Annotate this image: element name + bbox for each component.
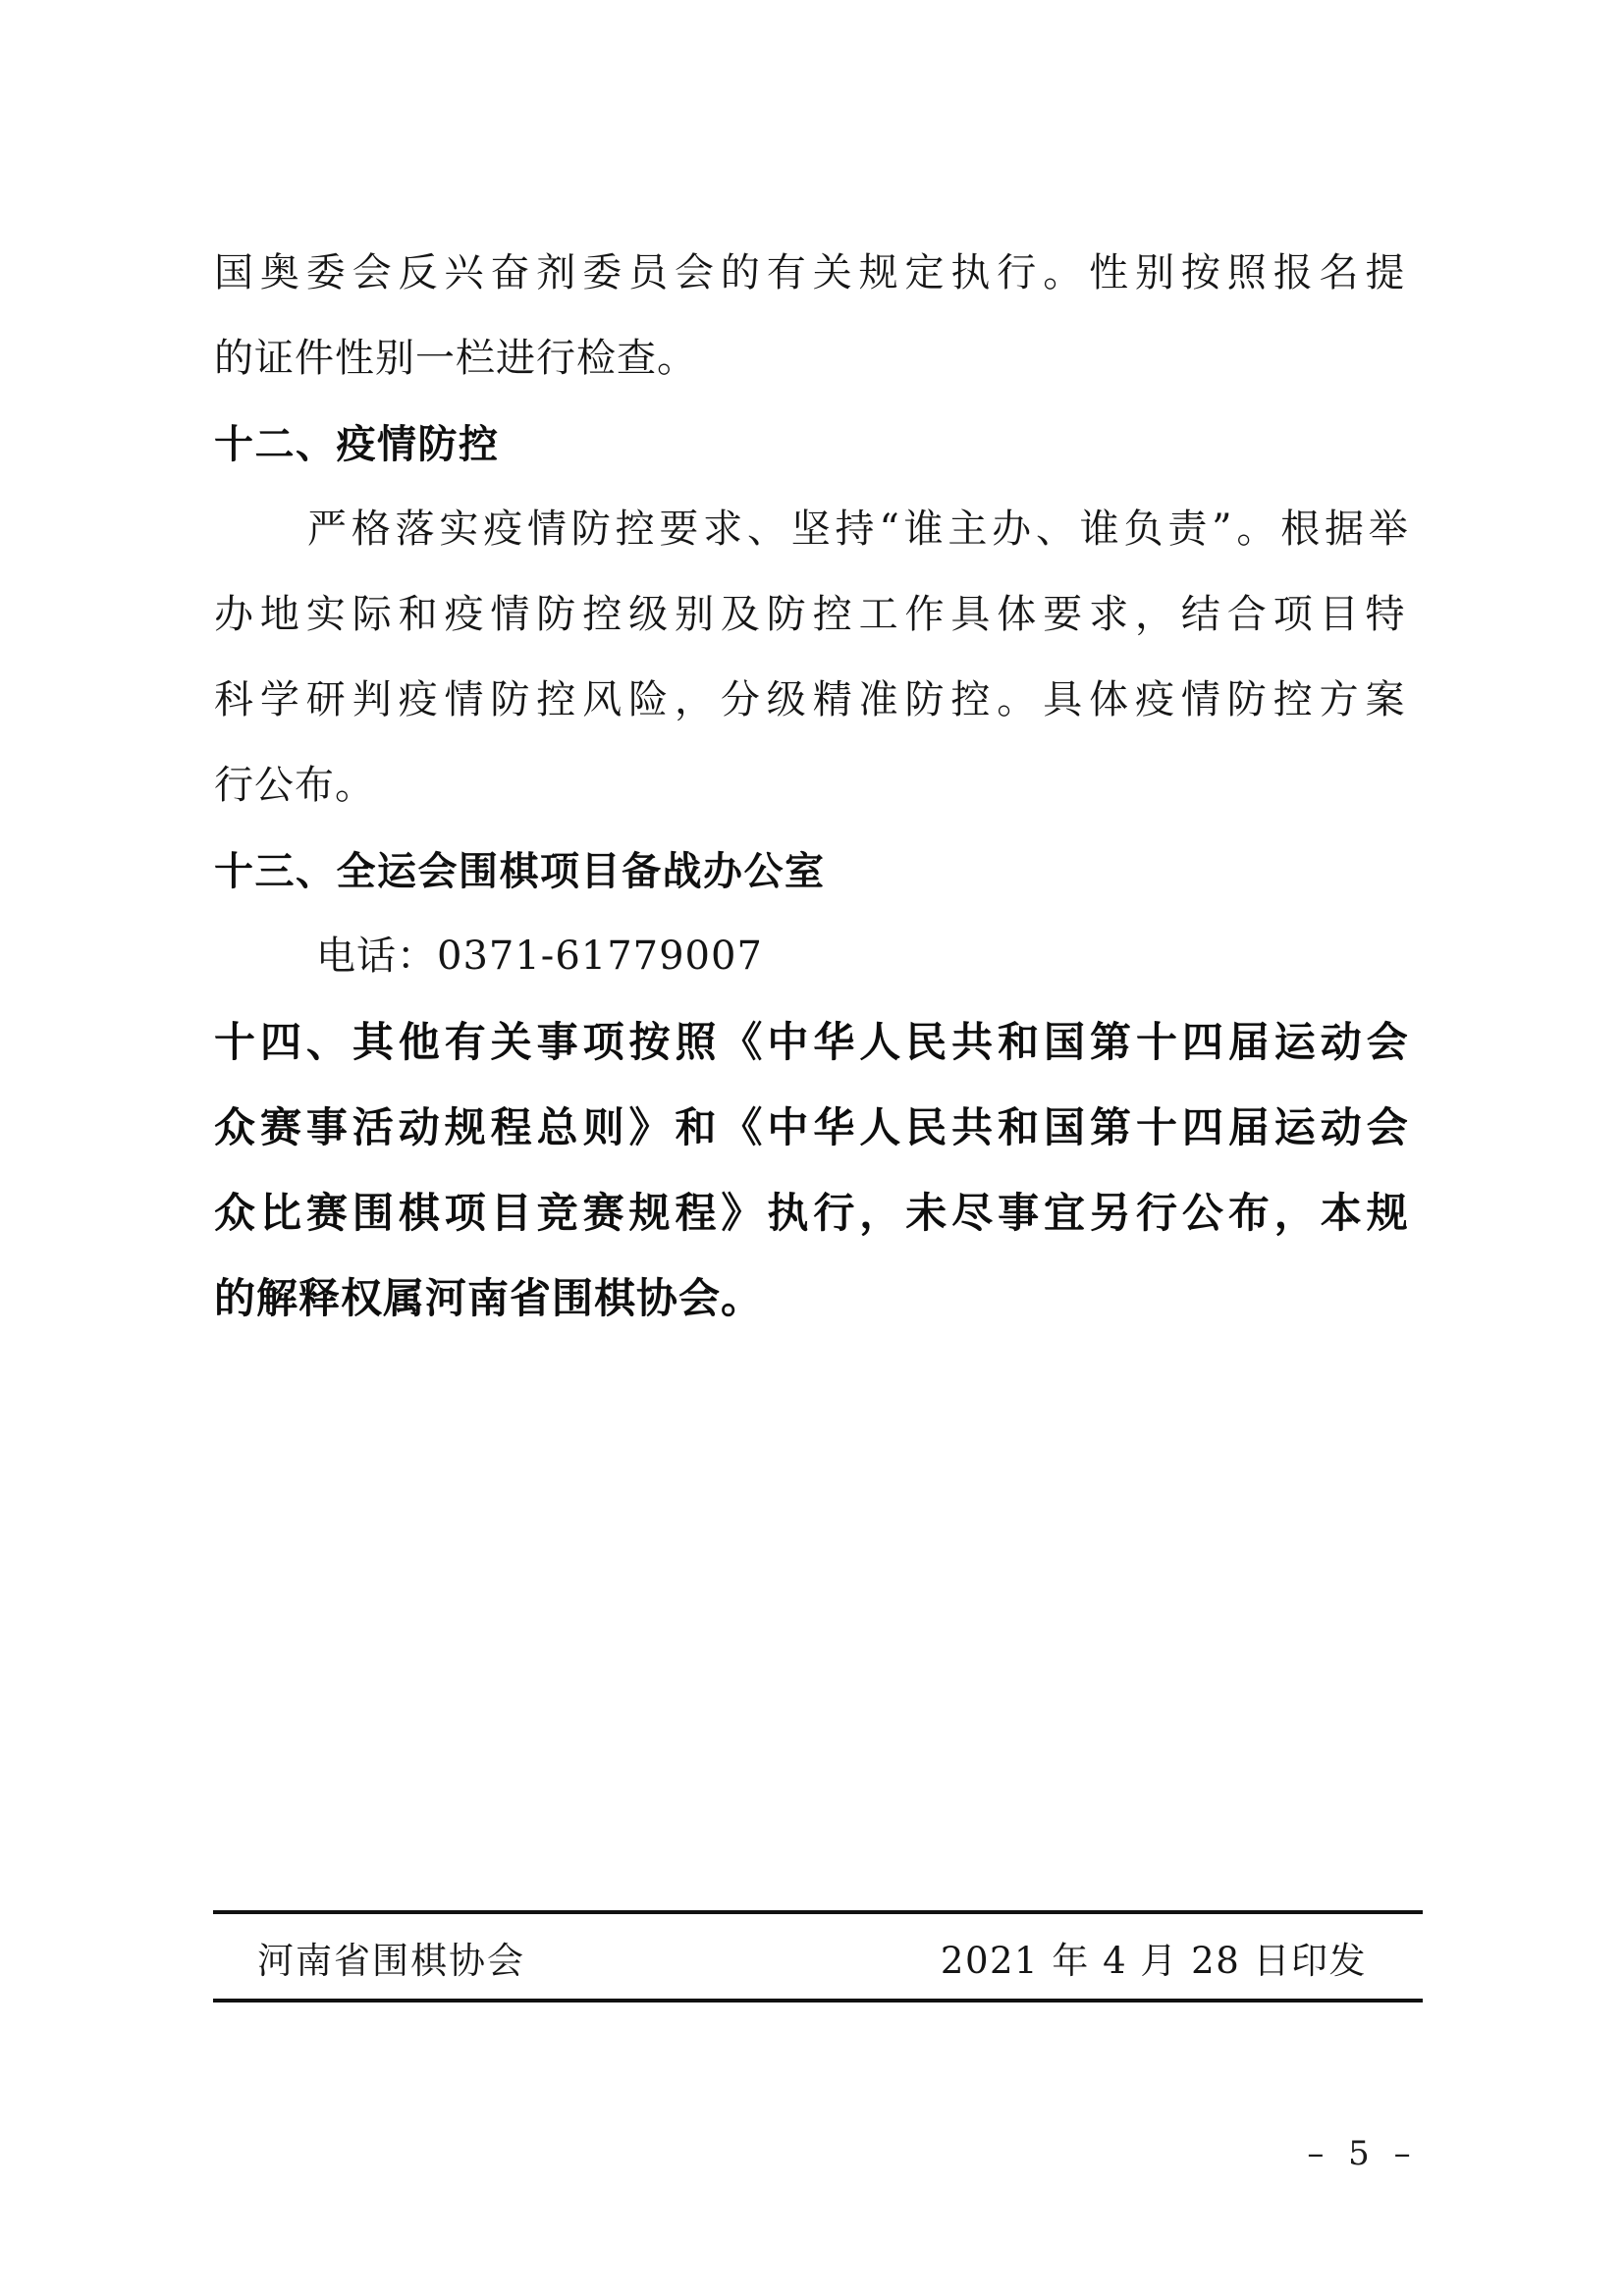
footer-print-date: 2021 年 4 月 28 日印发 xyxy=(941,1927,1423,1996)
footer-issuer: 河南省围棋协会 xyxy=(213,1927,525,1996)
paragraph-doping-line-1: 国奥委会反兴奋剂委员会的有关规定执行。性别按照报名提供 xyxy=(214,231,1411,316)
document-page: 国奥委会反兴奋剂委员会的有关规定执行。性别按照报名提供 的证件性别一栏进行检查。… xyxy=(0,0,1624,2296)
footer-rule-bottom xyxy=(213,1999,1423,2002)
section-12-heading: 十二、疫情防控 xyxy=(214,401,1411,487)
phone-number: 0371-61779007 xyxy=(437,934,763,979)
section-12-line-4: 行公布。 xyxy=(214,743,1411,828)
section-12-line-3: 科学研判疫情防控风险，分级精准防控。具体疫情防控方案另 xyxy=(214,658,1411,743)
section-14-line-2: 众赛事活动规程总则》和《中华人民共和国第十四届运动会群 xyxy=(214,1085,1411,1170)
document-body: 国奥委会反兴奋剂委员会的有关规定执行。性别按照报名提供 的证件性别一栏进行检查。… xyxy=(214,231,1411,1341)
section-14-line-4: 的解释权属河南省围棋协会。 xyxy=(214,1255,1411,1341)
footer-rule-top xyxy=(213,1910,1423,1914)
section-12-line-1: 严格落实疫情防控要求、坚持“谁主办、谁负责”。根据举 xyxy=(214,487,1411,572)
page-number: – 5 – xyxy=(1296,2132,1424,2175)
section-13-heading: 十三、全运会围棋项目备战办公室 xyxy=(214,828,1411,914)
section-14-line-3: 众比赛围棋项目竞赛规程》执行，未尽事宜另行公布，本规程 xyxy=(214,1170,1411,1255)
section-14-line-1: 十四、其他有关事项按照《中华人民共和国第十四届运动会群 xyxy=(214,999,1411,1085)
phone-label: 电话： xyxy=(316,934,437,979)
section-13-phone-line: 电话：0371-61779007 xyxy=(214,914,1411,999)
section-12-line-2: 办地实际和疫情防控级别及防控工作具体要求，结合项目特点 xyxy=(214,572,1411,658)
paragraph-doping-line-2: 的证件性别一栏进行检查。 xyxy=(214,316,1411,401)
footer-row: 河南省围棋协会 2021 年 4 月 28 日印发 xyxy=(213,1927,1423,1996)
